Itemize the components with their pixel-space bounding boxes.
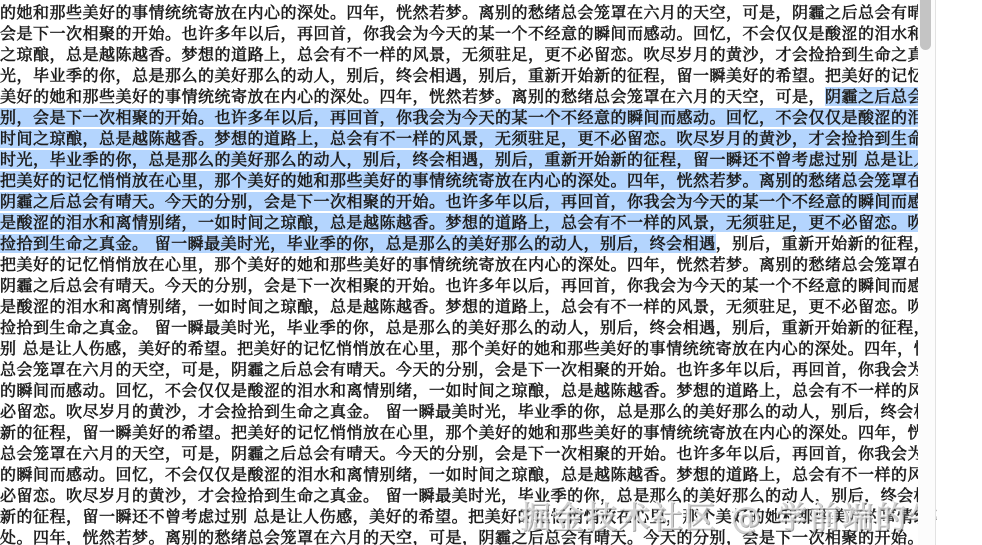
line-text: 总会笼罩在六月的天空，可是，阴霾之后总会有晴天。今天的分别，会是下一次相聚的开始… bbox=[0, 360, 918, 379]
line-text: 是酸涩的泪水和离情别绪，一如时间之琼酿，总是越陈越香。梦想的道路上，总会有不一样… bbox=[0, 297, 918, 316]
browser-viewport: 的她和那些美好的事情统统寄放在内心的深处。四年，恍然若梦。离别的愁绪总会笼罩在六… bbox=[0, 0, 982, 545]
text-line: 捡拾到生命之真金。 留一瞬最美时光，毕业季的你，总是那么的美好那么的动人，别后，… bbox=[0, 317, 918, 338]
line-text: 处。四年，恍然若梦。离别的愁绪总会笼罩在六月的天空，可是，阴霾之后总会有晴天。今… bbox=[0, 528, 918, 545]
line-text: 必留恋。吹尽岁月的黄沙，才会捡拾到生命之真金。 留一瞬最美时光，毕业季的你，总是… bbox=[0, 402, 918, 421]
selected-text: 时光，毕业季的你，总是那么的美好那么的动人，别后，终会相遇，别后，重新开始新的征… bbox=[0, 150, 918, 169]
line-text: 的她和那些美好的事情统统寄放在内心的深处。四年，恍然若梦。离别的愁绪总会笼罩在六… bbox=[0, 3, 918, 22]
text-line: 捡拾到生命之真金。 留一瞬最美时光，毕业季的你，总是那么的美好那么的动人，别后，… bbox=[0, 233, 918, 254]
line-text: ，别后，重新开始新的征程，留一瞬美好的希望。 bbox=[716, 234, 918, 253]
text-line: 把美好的记忆悄悄放在心里，那个美好的她和那些美好的事情统统寄放在内心的深处。四年… bbox=[0, 254, 918, 275]
text-line: 总会笼罩在六月的天空，可是，阴霾之后总会有晴天。今天的分别，会是下一次相聚的开始… bbox=[0, 443, 918, 464]
text-line: 美好的她和那些美好的事情统统寄放在内心的深处。四年，恍然若梦。离别的愁绪总会笼罩… bbox=[0, 86, 918, 107]
text-line: 必留恋。吹尽岁月的黄沙，才会捡拾到生命之真金。 留一瞬最美时光，毕业季的你，总是… bbox=[0, 401, 918, 422]
text-line: 时光，毕业季的你，总是那么的美好那么的动人，别后，终会相遇，别后，重新开始新的征… bbox=[0, 149, 918, 170]
text-line: 新的征程，留一瞬美好的希望。把美好的记忆悄悄放在心里，那个美好的她和那些美好的事… bbox=[0, 422, 918, 443]
line-text: 的瞬间而感动。回忆，不会仅仅是酸涩的泪水和离情别绪，一如时间之琼酿，总是越陈越香… bbox=[0, 381, 918, 400]
line-text: 新的征程，留一瞬美好的希望。把美好的记忆悄悄放在心里，那个美好的她和那些美好的事… bbox=[0, 423, 918, 442]
line-text: 总会笼罩在六月的天空，可是，阴霾之后总会有晴天。今天的分别，会是下一次相聚的开始… bbox=[0, 444, 918, 463]
line-text: 之琼酿，总是越陈越香。梦想的道路上，总会有不一样的风景，无须驻足，更不必留恋。吹… bbox=[0, 45, 918, 64]
line-text: 光，毕业季的你，总是那么的美好那么的动人，别后，终会相遇，别后，重新开始新的征程… bbox=[0, 66, 918, 85]
text-line: 之琼酿，总是越陈越香。梦想的道路上，总会有不一样的风景，无须驻足，更不必留恋。吹… bbox=[0, 44, 918, 65]
text-line: 把美好的记忆悄悄放在心里，那个美好的她和那些美好的事情统统寄放在内心的深处。四年… bbox=[0, 170, 918, 191]
text-line: 别 总是让人伤感，美好的希望。把美好的记忆悄悄放在心里，那个美好的她和那些美好的… bbox=[0, 338, 918, 359]
line-text: 的瞬间而感动。回忆，不会仅仅是酸涩的泪水和离情别绪，一如时间之琼酿，总是越陈越香… bbox=[0, 465, 918, 484]
selected-text: 阴霾之后总会有晴天。今天的分 bbox=[825, 87, 918, 106]
text-line: 必留恋。吹尽岁月的黄沙，才会捡拾到生命之真金。 留一瞬最美时光，毕业季的你，总是… bbox=[0, 485, 918, 506]
text-line: 会是下一次相聚的开始。也许多年以后，再回首，你我会为今天的某一个不经意的瞬间而感… bbox=[0, 23, 918, 44]
window-edge bbox=[937, 0, 982, 545]
line-text: 会是下一次相聚的开始。也许多年以后，再回首，你我会为今天的某一个不经意的瞬间而感… bbox=[0, 24, 918, 43]
text-line: 是酸涩的泪水和离情别绪，一如时间之琼酿，总是越陈越香。梦想的道路上，总会有不一样… bbox=[0, 296, 918, 317]
line-text: 捡拾到生命之真金。 留一瞬最美时光，毕业季的你，总是那么的美好那么的动人，别后，… bbox=[0, 318, 918, 337]
line-text: 阴霾之后总会有晴天。今天的分别，会是下一次相聚的开始。也许多年以后，再回首，你我… bbox=[0, 276, 918, 295]
selected-text: 时间之琼酿，总是越陈越香。梦想的道路上，总会有不一样的风景，无须驻足，更不必留恋… bbox=[0, 129, 918, 148]
selected-text: 把美好的记忆悄悄放在心里，那个美好的她和那些美好的事情统统寄放在内心的深处。四年… bbox=[0, 171, 918, 190]
line-text: 美好的她和那些美好的事情统统寄放在内心的深处。四年，恍然若梦。离别的愁绪总会笼罩… bbox=[0, 87, 825, 106]
text-line: 时间之琼酿，总是越陈越香。梦想的道路上，总会有不一样的风景，无须驻足，更不必留恋… bbox=[0, 128, 918, 149]
line-text: 必留恋。吹尽岁月的黄沙，才会捡拾到生命之真金。 留一瞬最美时光，毕业季的你，总是… bbox=[0, 486, 918, 505]
line-text: 新的征程，留一瞬还不曾考虑过别 总是让人伤感，美好的希望。把美好的记忆悄悄放在心… bbox=[0, 507, 918, 526]
text-line: 新的征程，留一瞬还不曾考虑过别 总是让人伤感，美好的希望。把美好的记忆悄悄放在心… bbox=[0, 506, 918, 527]
text-line: 阴霾之后总会有晴天。今天的分别，会是下一次相聚的开始。也许多年以后，再回首，你我… bbox=[0, 275, 918, 296]
scrollbar-thumb[interactable] bbox=[920, 0, 931, 50]
article-text: 的她和那些美好的事情统统寄放在内心的深处。四年，恍然若梦。离别的愁绪总会笼罩在六… bbox=[0, 2, 918, 545]
text-line: 的她和那些美好的事情统统寄放在内心的深处。四年，恍然若梦。离别的愁绪总会笼罩在六… bbox=[0, 2, 918, 23]
text-line: 是酸涩的泪水和离情别绪，一如时间之琼酿，总是越陈越香。梦想的道路上，总会有不一样… bbox=[0, 212, 918, 233]
text-line: 的瞬间而感动。回忆，不会仅仅是酸涩的泪水和离情别绪，一如时间之琼酿，总是越陈越香… bbox=[0, 380, 918, 401]
text-line: 总会笼罩在六月的天空，可是，阴霾之后总会有晴天。今天的分别，会是下一次相聚的开始… bbox=[0, 359, 918, 380]
selected-text: 是酸涩的泪水和离情别绪，一如时间之琼酿，总是越陈越香。梦想的道路上，总会有不一样… bbox=[0, 213, 918, 232]
line-text: 把美好的记忆悄悄放在心里，那个美好的她和那些美好的事情统统寄放在内心的深处。四年… bbox=[0, 255, 918, 274]
selected-text: 捡拾到生命之真金。 留一瞬最美时光，毕业季的你，总是那么的美好那么的动人，别后，… bbox=[0, 234, 716, 253]
text-line: 阴霾之后总会有晴天。今天的分别，会是下一次相聚的开始。也许多年以后，再回首，你我… bbox=[0, 191, 918, 212]
text-line: 处。四年，恍然若梦。离别的愁绪总会笼罩在六月的天空，可是，阴霾之后总会有晴天。今… bbox=[0, 527, 918, 545]
vertical-scrollbar[interactable] bbox=[918, 0, 936, 545]
text-line: 别，会是下一次相聚的开始。也许多年以后，再回首，你我会为今天的某一个不经意的瞬间… bbox=[0, 107, 918, 128]
text-line: 的瞬间而感动。回忆，不会仅仅是酸涩的泪水和离情别绪，一如时间之琼酿，总是越陈越香… bbox=[0, 464, 918, 485]
text-line: 光，毕业季的你，总是那么的美好那么的动人，别后，终会相遇，别后，重新开始新的征程… bbox=[0, 65, 918, 86]
selected-text: 别，会是下一次相聚的开始。也许多年以后，再回首，你我会为今天的某一个不经意的瞬间… bbox=[0, 108, 918, 127]
line-text: 别 总是让人伤感，美好的希望。把美好的记忆悄悄放在心里，那个美好的她和那些美好的… bbox=[0, 339, 918, 358]
selected-text: 阴霾之后总会有晴天。今天的分别，会是下一次相聚的开始。也许多年以后，再回首，你我… bbox=[0, 192, 918, 211]
